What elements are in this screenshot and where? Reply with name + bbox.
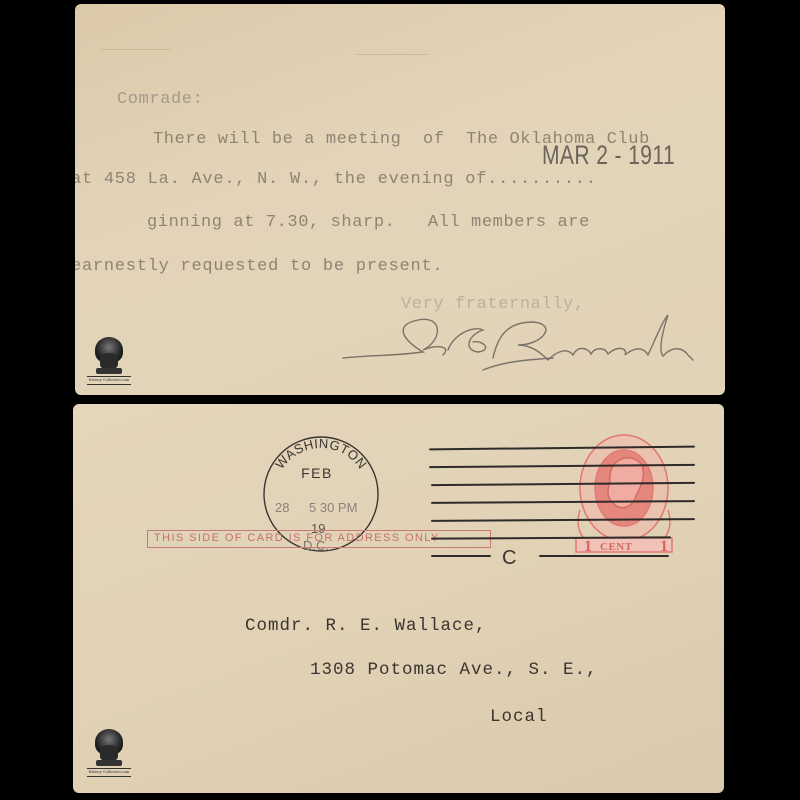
address-notice-text: THIS SIDE OF CARD IS FOR ADDRESS ONLY [154, 532, 440, 544]
received-date-stamp: MAR 2 - 1911 [542, 140, 675, 171]
message-line-2: at 458 La. Ave., N. W., the evening of..… [75, 170, 597, 189]
logo-text: History Collectors.com [85, 378, 133, 382]
cancel-c-mark: C [502, 547, 516, 570]
postcard-front: Comrade: There will be a meeting of The … [75, 4, 725, 395]
book-icon [96, 760, 122, 766]
owl-icon [100, 353, 118, 369]
cancellation-line [539, 555, 669, 557]
postcard-back: WASHINGTON FEB 28 5 30 PM 19 D.C. THIS S… [73, 404, 724, 793]
faint-guide-line [101, 49, 171, 50]
message-line-3: ginning at 7.30, sharp. All members are [147, 213, 590, 232]
salutation: Comrade: [117, 90, 203, 109]
book-icon [96, 368, 122, 374]
svg-text:1: 1 [660, 538, 668, 555]
svg-text:1: 1 [584, 538, 592, 555]
owl-icon [100, 745, 118, 761]
message-line-4: earnestly requested to be present. [75, 257, 443, 276]
signature [333, 300, 703, 380]
logo-text: History Collectors.com [85, 770, 133, 774]
cancellation-line [431, 555, 491, 557]
recipient-city: Local [490, 707, 548, 727]
postmark-time: 5 30 PM [309, 500, 357, 515]
recipient-street: 1308 Potomac Ave., S. E., [310, 660, 598, 680]
postmark-month: FEB [301, 465, 333, 481]
recipient-name: Comdr. R. E. Wallace, [245, 616, 487, 636]
postmark-day: 28 [275, 500, 289, 515]
history-collectors-logo: History Collectors.com [85, 729, 133, 787]
svg-text:CENT: CENT [600, 541, 633, 553]
faint-guide-line [357, 54, 427, 55]
history-collectors-logo: History Collectors.com [85, 337, 133, 395]
